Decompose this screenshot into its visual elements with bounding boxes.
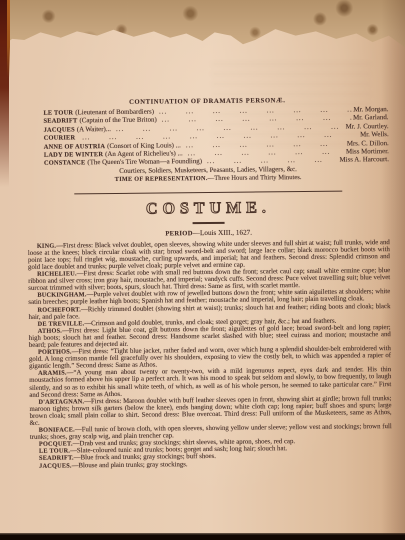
costume-title: COSTUME. (27, 198, 389, 220)
character-role: (A Waiter)... (77, 126, 111, 135)
period-label: PERIOD (165, 230, 193, 237)
entry-text: —First dress: Maroon doublet with buff l… (29, 395, 391, 427)
character-name: SEADRIFT (43, 118, 77, 127)
section-divider-rule (74, 190, 342, 194)
costume-entry: ARAMIS.—“A young man about twenty or twe… (29, 366, 391, 398)
photographed-page: CONTINUATION OF DRAMATIS PERSONÆ. LE TOU… (0, 0, 405, 540)
character-name: COURIER (44, 135, 76, 144)
character-name: JACQUES (44, 126, 75, 135)
character-name: CONSTANCE (44, 160, 86, 169)
character-name: LE TOUR (43, 109, 73, 118)
page-content: CONTINUATION OF DRAMATIS PERSONÆ. LE TOU… (26, 56, 392, 469)
entry-text: —Blouse and plain trunks; gray stockings… (72, 461, 188, 469)
costume-entry: KING.—First dress: Black velvet doublet,… (28, 239, 390, 271)
costume-entry: D'ARTAGNAN.—First dress: Maroon doublet … (29, 395, 391, 427)
entry-name: JACQUES. (39, 462, 72, 469)
gilt-edge (7, 0, 10, 78)
torn-page-edge (0, 0, 405, 54)
photo-edge-shade (381, 0, 405, 540)
time-label: TIME OF REPRESENTATION. (115, 175, 208, 183)
costume-entries: KING.—First dress: Black velvet doublet,… (28, 239, 392, 470)
dramatis-personae-header: CONTINUATION OF DRAMATIS PERSONÆ. (26, 96, 388, 107)
period-value: —Louis XIII., 1627. (193, 228, 252, 237)
entry-text: —“A young man about twenty or twenty-two… (29, 366, 391, 398)
time-value: —Three Hours and Thirty Minutes. (208, 174, 302, 182)
photo-bottom-shadow (0, 533, 405, 540)
entry-text: —First dress: Black velvet doublet, open… (28, 239, 390, 271)
title-underline-rule (193, 221, 225, 223)
period-line: PERIOD—Louis XIII., 1627. (28, 227, 390, 239)
cast-list: LE TOUR (Lieutenant of Bombardiers) ... … (43, 106, 389, 168)
